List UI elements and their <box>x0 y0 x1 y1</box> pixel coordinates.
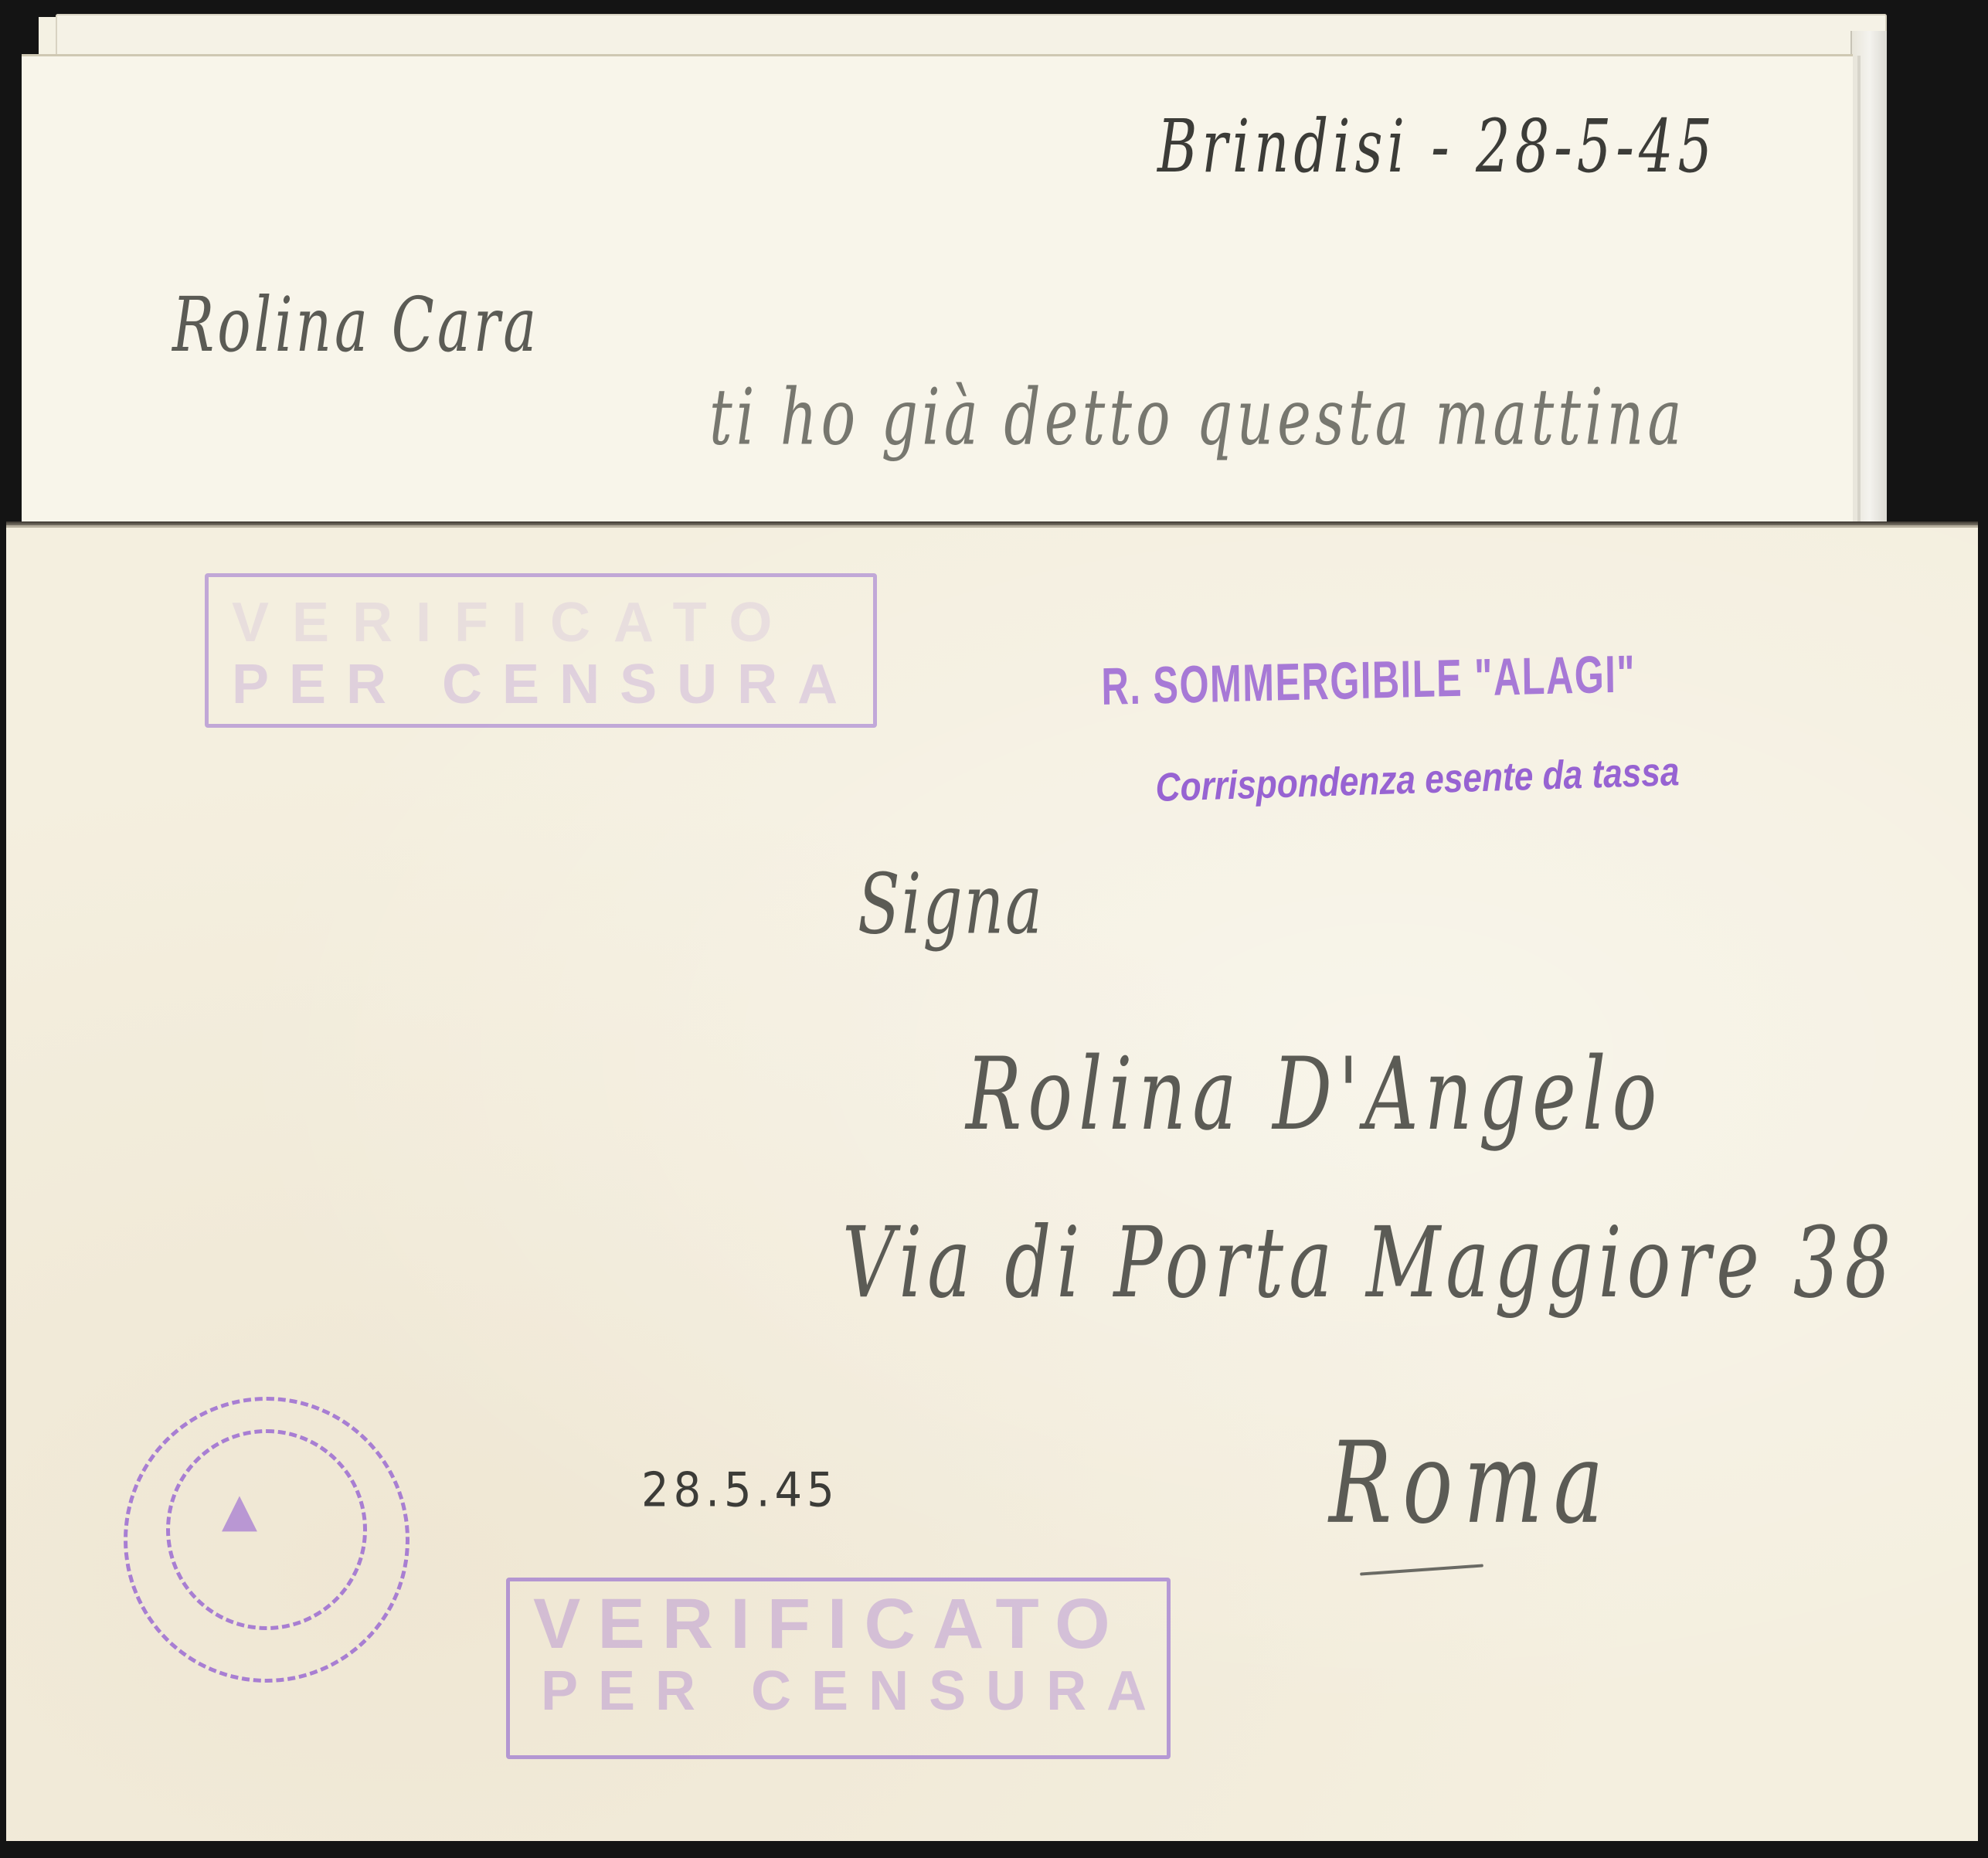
censor-stamp-top-left-line1: VERIFICATO <box>232 591 795 654</box>
censor-stamp-bottom-line2: PER CENSURA <box>541 1659 1167 1723</box>
censor-stamp-bottom-line1: VERIFICATO <box>533 1584 1127 1665</box>
circular-stamp-emblem-icon: ▲ <box>216 1483 263 1537</box>
letter-sheet: Brindisi - 28-5-45 Rolina Cara ti ho già… <box>22 54 1853 528</box>
address-title: Signa <box>858 855 1044 953</box>
address-street: Via di Porta Maggiore 38 <box>842 1207 1896 1320</box>
censor-date: 28.5.45 <box>641 1463 839 1519</box>
circular-stamp-inner <box>166 1429 367 1630</box>
address-city: Roma <box>1329 1418 1614 1549</box>
address-name: Rolina D'Angelo <box>966 1036 1663 1153</box>
censor-stamp-top-left-line2: PER CENSURA <box>232 653 858 716</box>
letter-deckle-edge <box>1850 31 1887 525</box>
letter-salutation: Rolina Cara <box>172 281 539 369</box>
letter-place-date: Brindisi - 28-5-45 <box>1157 104 1717 189</box>
letter-first-line: ti ho già detto questa mattina <box>709 373 1685 463</box>
